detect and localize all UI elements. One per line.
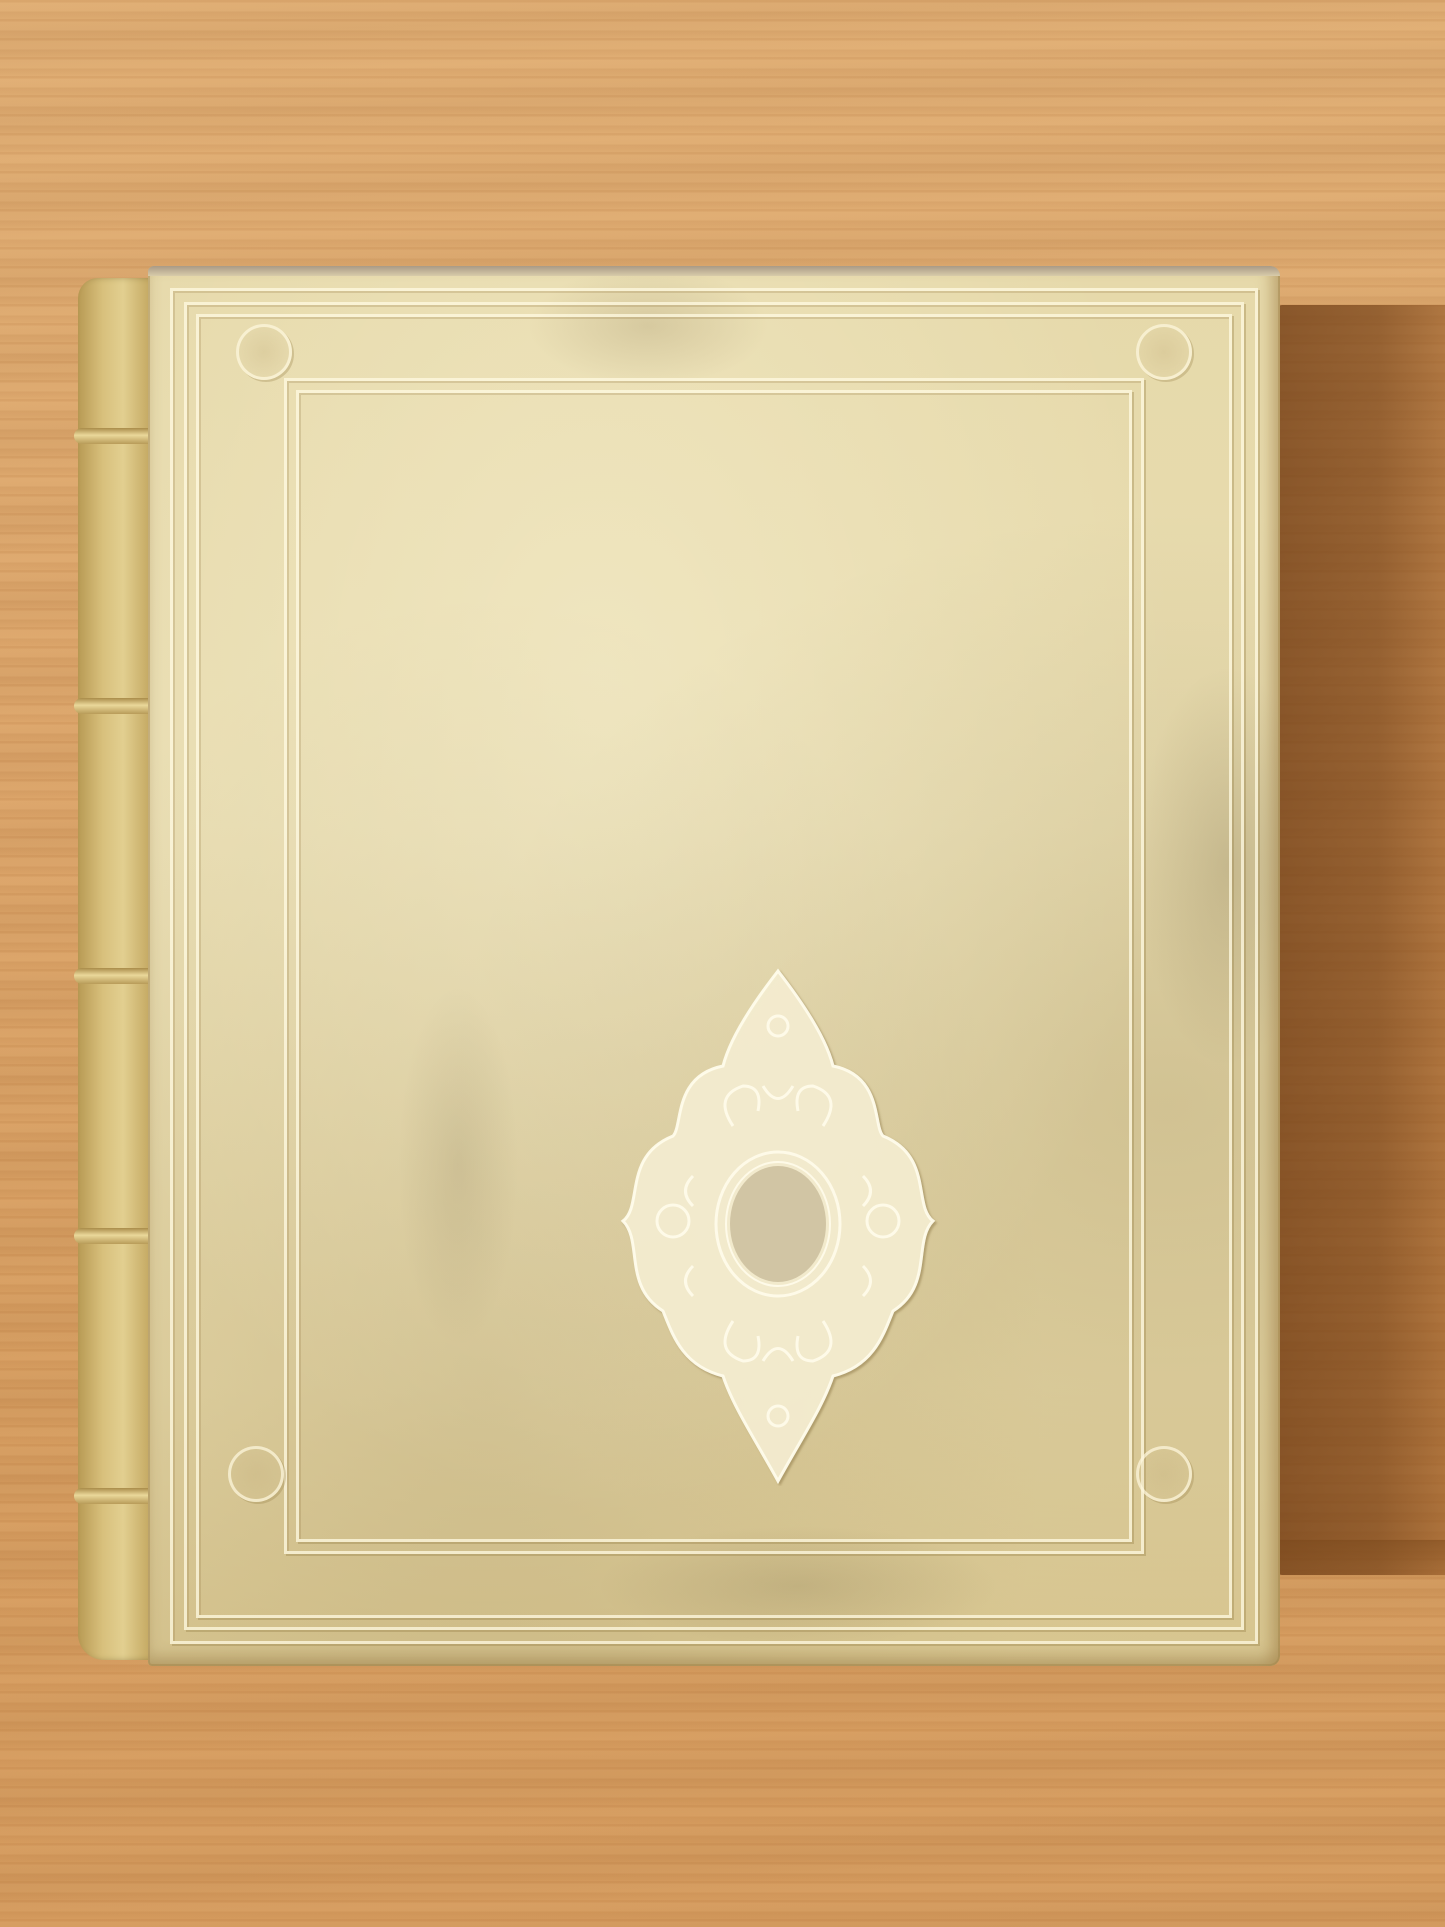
corner-fleuron-top-right — [1136, 324, 1192, 380]
corner-fleuron-bottom-left — [228, 1446, 284, 1502]
center-ornament-icon — [613, 966, 943, 1486]
book-top-edge — [148, 266, 1280, 276]
book-shadow — [1278, 305, 1445, 1575]
corner-fleuron-top-left — [236, 324, 292, 380]
vellum-book — [78, 266, 1280, 1666]
book-shadow-fade — [1278, 1540, 1445, 1580]
corner-fleuron-bottom-right — [1136, 1446, 1192, 1502]
